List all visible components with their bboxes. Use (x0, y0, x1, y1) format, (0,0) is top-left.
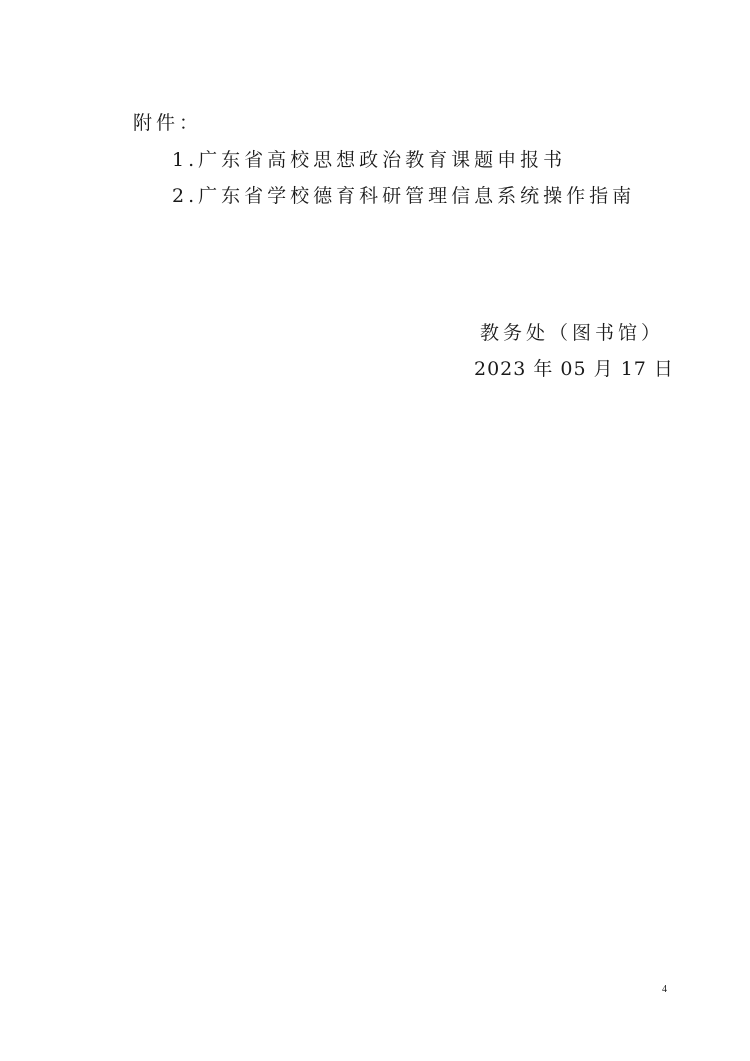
signature-date: 2023 年 05 月 17 日 (474, 354, 674, 381)
attachments-label: 附件： (133, 108, 202, 135)
attachment-item-2: 2.广东省学校德育科研管理信息系统操作指南 (172, 181, 635, 208)
signature-department: 教务处（图书馆） (480, 318, 664, 345)
page-number: 4 (662, 984, 667, 995)
attachment-item-1: 1.广东省高校思想政治教育课题申报书 (172, 145, 566, 172)
